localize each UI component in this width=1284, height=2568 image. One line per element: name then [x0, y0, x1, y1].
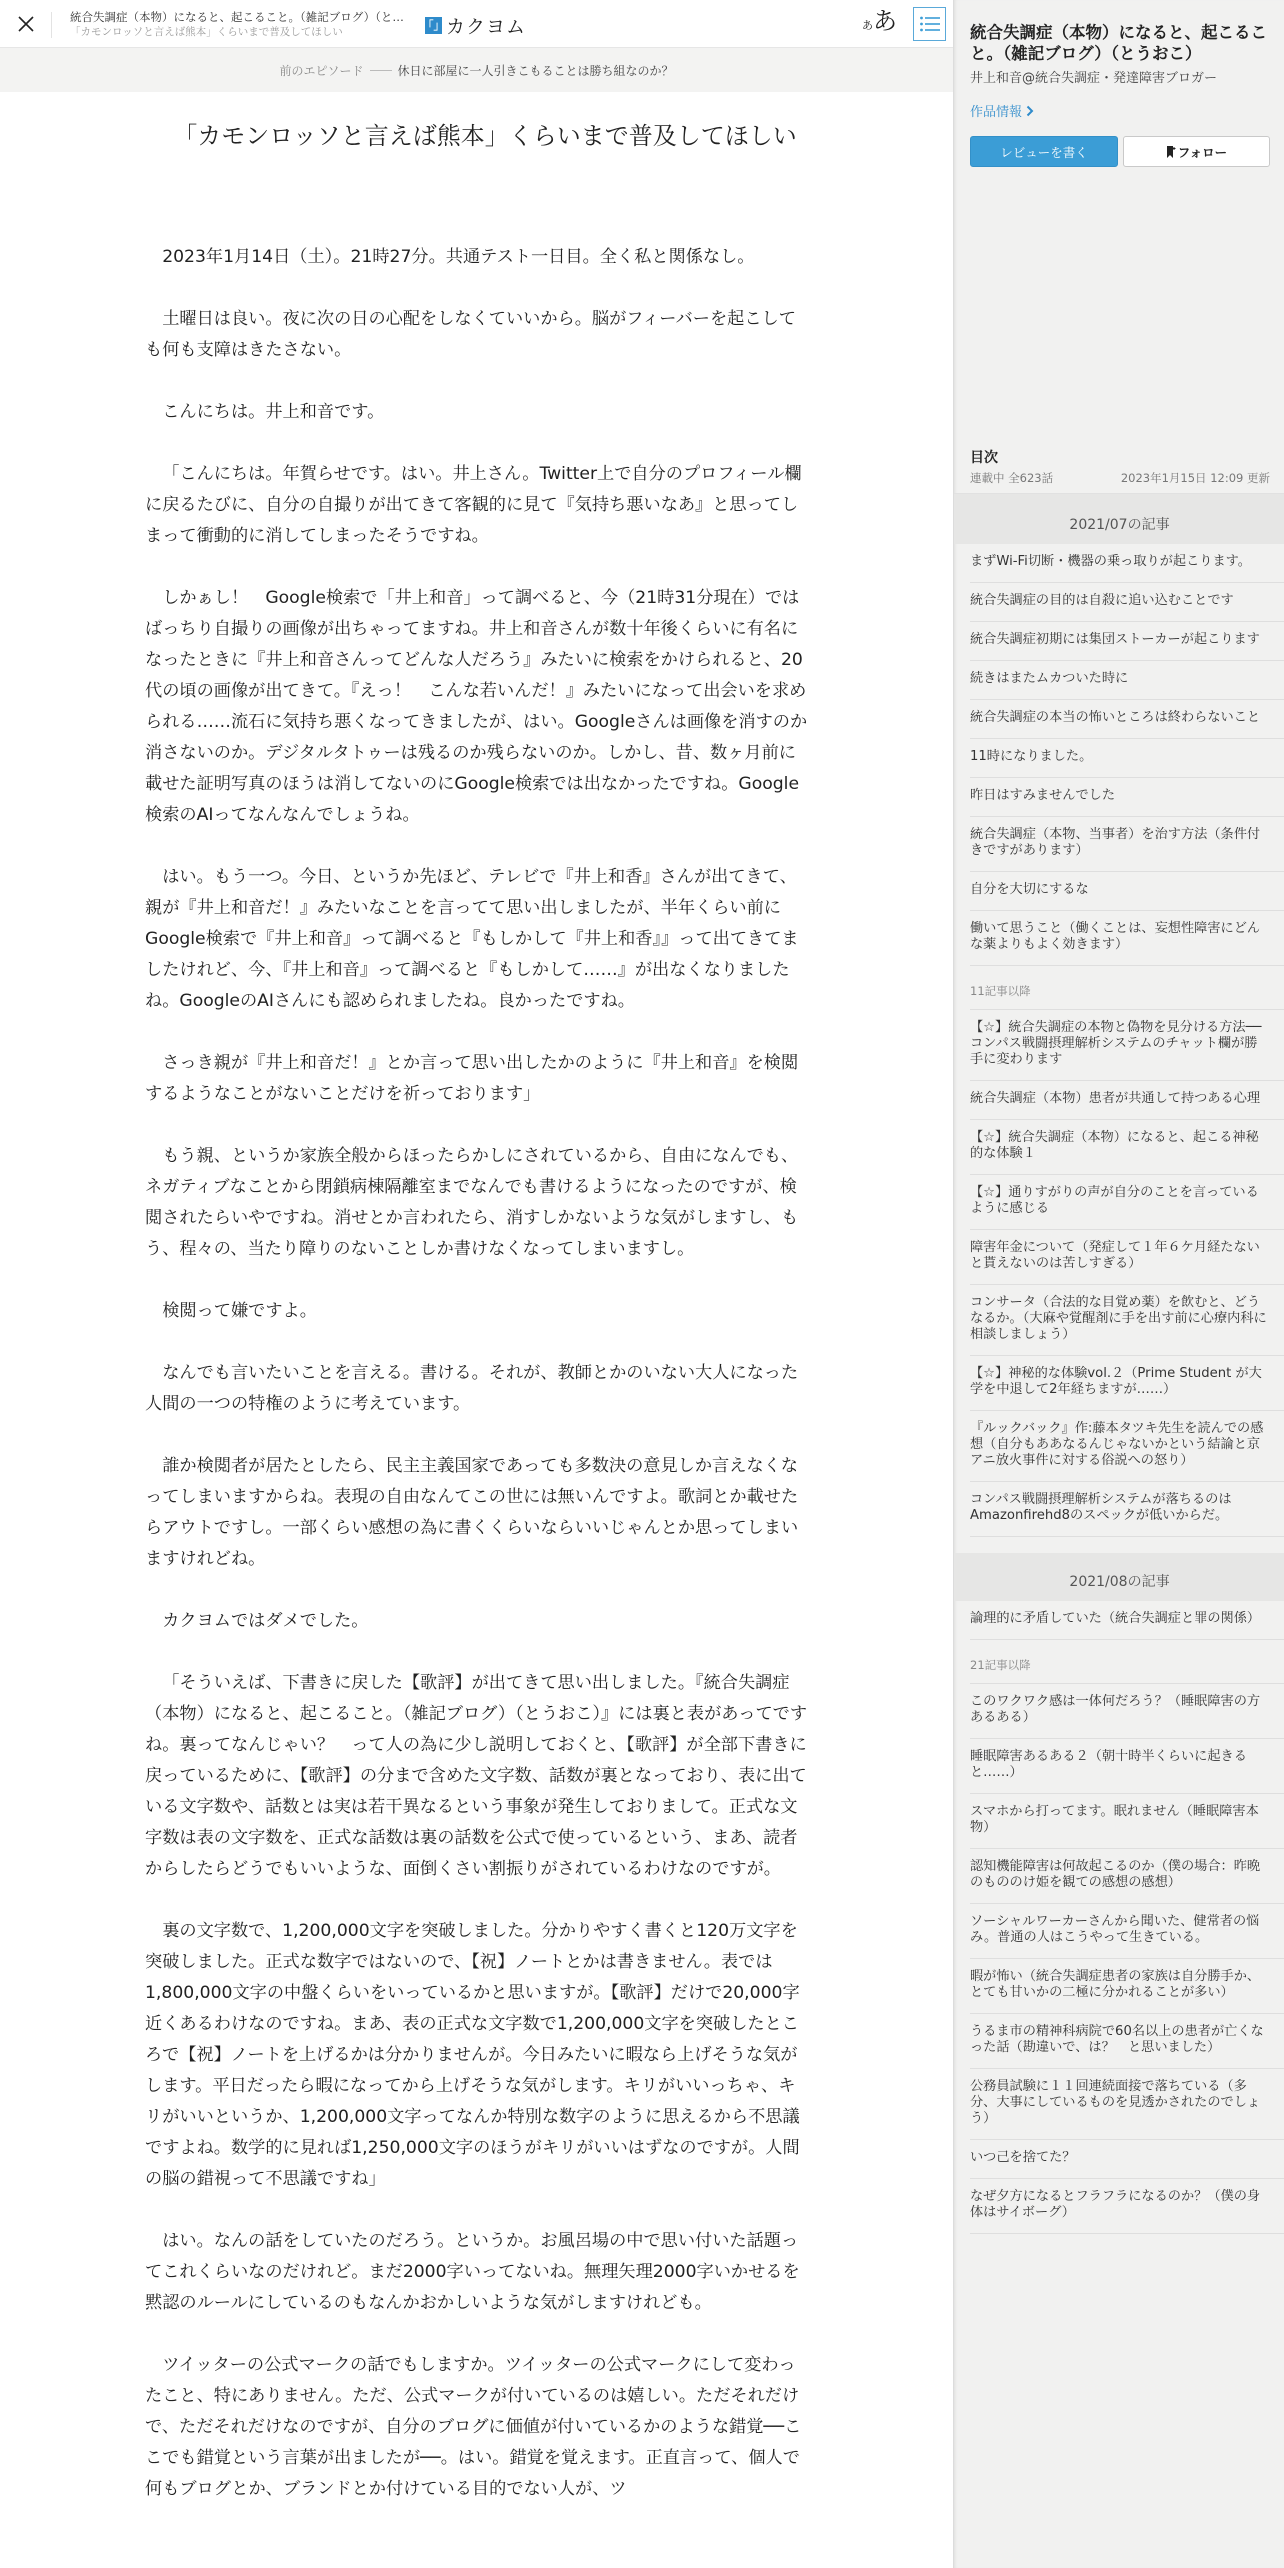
- work-info-label: 作品情報: [970, 101, 1022, 120]
- toc-episode-link[interactable]: 統合失調症（本物、当事者）を治す方法（条件付きですがあります）: [970, 817, 1284, 872]
- toc-list: 2021/07の記事 まずWi-Fi切断・機器の乗っ取りが起こります。 統合失調…: [954, 493, 1284, 2234]
- body-paragraph: ツイッターの公式マークの話でもしますか。ツイッターの公式マークにして変わったこと…: [145, 2350, 810, 2505]
- toc-episode-link[interactable]: 睡眠障害あるある２（朝十時半くらいに起きると……）: [970, 1739, 1284, 1794]
- close-button[interactable]: [10, 8, 42, 40]
- toc-episode-link[interactable]: まずWi-Fi切断・機器の乗っ取りが起こります。: [970, 544, 1284, 583]
- bookmark-plus-icon: [1166, 146, 1176, 158]
- toc-episode-link[interactable]: 【☆】統合失調症（本物）になると、起こる神秘的な体験１: [970, 1120, 1284, 1175]
- last-updated: 2023年1月15日 12:09 更新: [1121, 470, 1270, 486]
- episode-content: 「カモンロッソと言えば熊本」くらいまで普及してほしい 2023年1月14日（土）…: [0, 92, 953, 2568]
- toc-episode-link[interactable]: 11時になりました。: [970, 739, 1284, 778]
- toc-episode-link[interactable]: 働いて思うこと（働くことは、妄想性障害にどんな薬よりもよく効きます）: [970, 911, 1284, 966]
- previous-episode-link[interactable]: 前のエピソード 休日に部屋に一人引きこもることは勝ち組なのか？: [0, 48, 953, 92]
- body-paragraph: 土曜日は良い。夜に次の日の心配をしなくていいから。脳がフィーバーを起こしても何も…: [145, 304, 810, 366]
- list-icon: [919, 15, 941, 33]
- font-settings-button[interactable]: あ あ: [862, 8, 897, 34]
- body-paragraph: カクヨムではダメでした。: [145, 1606, 810, 1637]
- toc-episode-link[interactable]: 【☆】神秘的な体験vol.２（Prime Student が大学を中退して2年経…: [970, 1356, 1284, 1411]
- body-paragraph: 「こんにちは。年賀らせです。はい。井上さん。Twitter上で自分のプロフィール…: [145, 459, 810, 552]
- previous-episode-label: 前のエピソード: [279, 62, 363, 79]
- toc-episode-link[interactable]: 昨日はすみませんでした: [970, 778, 1284, 817]
- serial-status: 連載中 全623話: [970, 470, 1053, 486]
- toc-episode-link[interactable]: 障害年金について（発症して１年６ケ月経たないと貰えないのは苦しすぎる）: [970, 1230, 1284, 1285]
- font-size-small-icon: あ: [862, 17, 873, 33]
- previous-episode-title: 休日に部屋に一人引きこもることは勝ち組なのか？: [398, 62, 674, 79]
- toc-episode-link[interactable]: コンサータ（合法的な目覚め薬）を飲むと、どうなるか。（大麻や覚醒剤に手を出す前に…: [970, 1285, 1284, 1356]
- toc-episode-link[interactable]: スマホから打ってます。眠れません（睡眠障害本物）: [970, 1794, 1284, 1849]
- sidebar-work-title[interactable]: 統合失調症（本物）になると、起こること。（雑記ブログ）（とうおこ）: [970, 22, 1275, 64]
- toc-episode-link[interactable]: なぜ夕方になるとフラフラになるのか？（僕の身体はサイボーグ）: [970, 2179, 1284, 2234]
- body-paragraph: こんにちは。井上和音です。: [145, 397, 810, 428]
- toc-episode-link[interactable]: 統合失調症初期には集団ストーカーが起こります: [970, 622, 1284, 661]
- episode-title: 「カモンロッソと言えば熊本」くらいまで普及してほしい: [155, 120, 815, 153]
- body-paragraph: しかぁし！ Google検索で「井上和音」って調べると、今（21時31分現在）で…: [145, 583, 810, 831]
- toc-heading: 目次: [970, 447, 998, 467]
- toc-episode-link[interactable]: 認知機能障害は何故起こるのか（僕の場合：昨晩のもののけ姫を観ての感想の感想）: [970, 1849, 1284, 1904]
- font-size-large-icon: あ: [873, 8, 897, 34]
- toc-episode-link[interactable]: コンパス戦闘摂理解析システムが落ちるのはAmazonfirehd8のスペックが低…: [970, 1482, 1284, 1537]
- header-divider: [51, 12, 52, 38]
- header-episode-title: 「カモンロッソと言えば熊本」くらいまで普及してほしい: [70, 25, 410, 39]
- body-paragraph: 検閲って嫌ですよ。: [145, 1296, 810, 1327]
- episode-body: 2023年1月14日（土）。21時27分。共通テスト一日目。全く私と関係なし。 …: [145, 242, 810, 2536]
- body-paragraph: 誰か検閲者が居たとしたら、民主主義国家であっても多数決の意見しか言えなくなってし…: [145, 1451, 810, 1575]
- toc-month-header: 2021/07の記事: [954, 494, 1284, 544]
- body-paragraph: もう親、というか家族全般からほったらかしにされているから、自由になんでも、ネガテ…: [145, 1141, 810, 1265]
- toc-section-label: 11記事以降: [970, 966, 1284, 1010]
- chevron-right-icon: [1026, 105, 1034, 117]
- toc-episode-link[interactable]: 【☆】統合失調症の本物と偽物を見分ける方法──コンパス戦闘摂理解析システムのチャ…: [970, 1010, 1284, 1081]
- reader-header: 統合失調症（本物）になると、起こること。（雑記ブログ）（とうおこ） 「カモンロッ…: [0, 0, 953, 48]
- toc-episode-link[interactable]: ソーシャルワーカーさんから聞いた、健常者の悩み。普通の人はこうやって生きている。: [970, 1904, 1284, 1959]
- toc-episode-link[interactable]: 統合失調症（本物）患者が共通して持つある心理: [970, 1081, 1284, 1120]
- follow-label: フォロー: [1178, 143, 1227, 161]
- toc-episode-link[interactable]: 公務員試験に１１回連続面接で落ちている（多分、大事にしているものを見透かされたの…: [970, 2069, 1284, 2140]
- write-review-button[interactable]: レビューを書く: [970, 136, 1118, 167]
- work-sidebar: 統合失調症（本物）になると、起こること。（雑記ブログ）（とうおこ） 井上和音@統…: [953, 0, 1284, 2568]
- toc-episode-link[interactable]: いつ己を捨てた？: [970, 2140, 1284, 2179]
- toc-month-header: 2021/08の記事: [954, 1553, 1284, 1601]
- body-paragraph: なんでも言いたいことを言える。書ける。それが、教師とかのいない大人になった人間の…: [145, 1358, 810, 1420]
- toc-episode-link[interactable]: 『ルックバック』作:藤本タツキ先生を読んでの感想（自分もああなるんじゃないかとい…: [970, 1411, 1284, 1482]
- toc-episode-link[interactable]: 続きはまたムカついた時に: [970, 661, 1284, 700]
- header-work-title[interactable]: 統合失調症（本物）になると、起こること。（雑記ブログ）（とうおこ）: [70, 9, 410, 25]
- logo-mark-icon: 「」: [425, 17, 442, 34]
- toc-episode-link[interactable]: 統合失調症の目的は自殺に追い込むことです: [970, 583, 1284, 622]
- work-info-link[interactable]: 作品情報: [970, 101, 1034, 120]
- toc-episode-link[interactable]: このワクワク感は一体何だろう？（睡眠障害の方あるある）: [970, 1684, 1284, 1739]
- close-icon: [16, 14, 36, 34]
- toc-episode-link[interactable]: 自分を大切にするな: [970, 872, 1284, 911]
- separator-dash: [370, 70, 392, 71]
- toc-toggle-button[interactable]: [913, 7, 946, 41]
- toc-episode-link[interactable]: 論理的に矛盾していた（統合失調症と罪の関係）: [970, 1601, 1284, 1640]
- body-paragraph: 「そういえば、下書きに戻した【歌評】が出てきて思い出しました。『統合失調症（本物…: [145, 1668, 810, 1885]
- follow-button[interactable]: フォロー: [1123, 136, 1270, 167]
- body-paragraph: さっき親が『井上和音だ！』とか言って思い出したかのように『井上和音』を検閲するよ…: [145, 1048, 810, 1110]
- toc-episode-link[interactable]: 暇が怖い（統合失調症患者の家族は自分勝手か、とても甘いかの二極に分かれることが多…: [970, 1959, 1284, 2014]
- toc-episode-link[interactable]: 統合失調症の本当の怖いところは終わらないこと: [970, 700, 1284, 739]
- toc-episode-link[interactable]: 【☆】通りすがりの声が自分のことを言っているように感じる: [970, 1175, 1284, 1230]
- sidebar-author[interactable]: 井上和音@統合失調症・発達障害ブロガー: [970, 67, 1217, 86]
- body-paragraph: はい。もう一つ。今日、というか先ほど、テレビで『井上和香』さんが出てきて、親が『…: [145, 862, 810, 1017]
- body-paragraph: 裏の文字数で、1,200,000文字を突破しました。分かりやすく書くと120万文…: [145, 1916, 810, 2195]
- toc-meta: 連載中 全623話 2023年1月15日 12:09 更新: [970, 470, 1270, 486]
- logo-text: カクヨム: [446, 12, 526, 39]
- toc-episode-link[interactable]: うるま市の精神科病院で60名以上の患者が亡くなった話（勘違いで、は？ と思いまし…: [970, 2014, 1284, 2069]
- header-titles[interactable]: 統合失調症（本物）になると、起こること。（雑記ブログ）（とうおこ） 「カモンロッ…: [70, 9, 410, 39]
- body-paragraph: はい。なんの話をしていたのだろう。というか。お風呂場の中で思い付いた話題ってこれ…: [145, 2226, 810, 2319]
- kakuyomu-logo[interactable]: 「」 カクヨム: [425, 12, 526, 39]
- toc-section-label: 21記事以降: [970, 1640, 1284, 1684]
- body-paragraph: 2023年1月14日（土）。21時27分。共通テスト一日目。全く私と関係なし。: [145, 242, 810, 273]
